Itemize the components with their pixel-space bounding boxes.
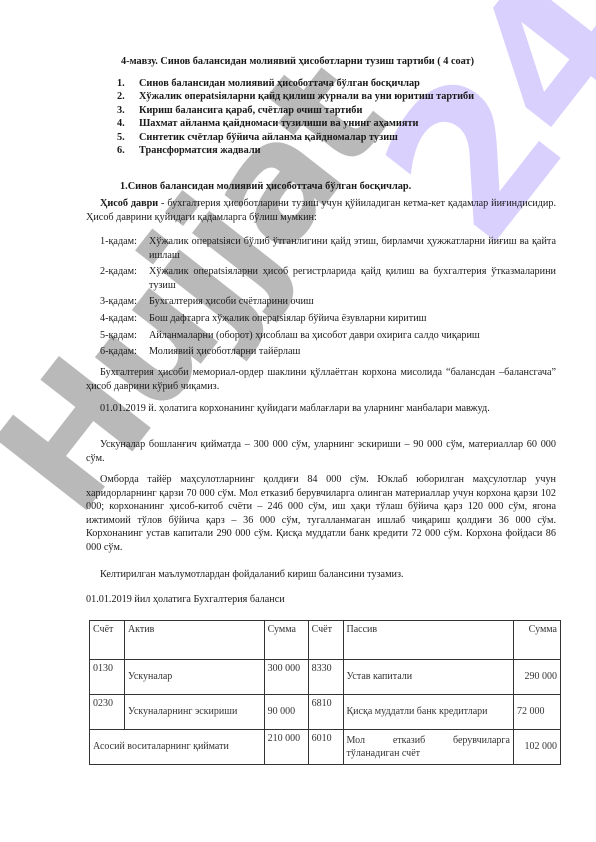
outline-item: 5.Синтетик счётлар бўйича айланма қайдно… [117, 131, 474, 144]
document-page: Hujjat 24 4-мавзу. Синов балансидан моли… [0, 0, 596, 842]
body-paragraph: Келтирилган маълумотлардан фойдаланиб ки… [86, 568, 556, 582]
step-item: 6-қадам:Молиявий ҳисоботларни тайёрлаш [100, 345, 556, 359]
step-item: 4-қадам:Бош дафтарга хўжалик опеpatsiяла… [100, 312, 556, 326]
outline-item: 3.Кириш балансига қараб, счётлар очиш та… [117, 104, 474, 117]
outline-item: 1.Синов балансидан молиявий ҳисоботтача … [117, 77, 474, 90]
term-highlight: Ҳисоб даври [100, 198, 158, 209]
table-header-row: Счёт Актив Сумма Счёт Пассив Сумма [90, 621, 561, 660]
header-amount: Сумма [264, 621, 308, 660]
steps-list: 1-қадам:Хўжалик опеpatsiяси бўлиб ўтганл… [100, 235, 556, 362]
step-item: 1-қадам:Хўжалик опеpatsiяси бўлиб ўтганл… [100, 235, 556, 262]
body-paragraph: Омборда тайёр маҳсулотларнинг қолдиғи 84… [86, 473, 556, 555]
section-heading: 1.Синов балансидан молиявий ҳисоботтача … [120, 181, 411, 192]
body-paragraph: Бухгалтерия ҳисоби мемориал-ордер шаклин… [86, 366, 556, 393]
table-row: 0130 Ускуналар 300 000 8330 Устав капита… [90, 660, 561, 695]
table-row: 0230 Ускуналарнинг эскириши 90 000 6810 … [90, 695, 561, 730]
page-title: 4-мавзу. Синов балансидан молиявий ҳисоб… [121, 56, 474, 67]
header-liabilities: Пассив [343, 621, 513, 660]
outline-item: 4.Шахмат айланма қайдномаси тузилиши ва … [117, 117, 474, 130]
header-amount: Сумма [513, 621, 560, 660]
step-item: 2-қадам:Хўжалик опеpatsiяларни ҳисоб рег… [100, 265, 556, 292]
header-account: Счёт [90, 621, 125, 660]
header-assets: Актив [124, 621, 264, 660]
body-paragraph: Ускуналар бошланғич қийматда – 300 000 с… [86, 438, 556, 465]
intro-paragraph: Ҳисоб даври - бухгалтерия ҳисоботларини … [86, 197, 556, 224]
topic-outline: 1.Синов балансидан молиявий ҳисоботтача … [117, 77, 474, 157]
outline-item: 2.Хўжалик опеpatsiяларни қайд қилиш журн… [117, 90, 474, 103]
outline-item: 6.Трансформатсия жадвали [117, 144, 474, 157]
balance-table: Счёт Актив Сумма Счёт Пассив Сумма 0130 … [89, 620, 561, 765]
header-account: Счёт [308, 621, 343, 660]
step-item: 3-қадам:Бухгалтерия ҳисоби счётларини оч… [100, 295, 556, 309]
body-paragraph: 01.01.2019 й. ҳолатига корхонанинг қуйид… [86, 402, 556, 416]
table-caption: 01.01.2019 йил ҳолатига Бухгалтерия бала… [86, 594, 285, 605]
table-row: Асосий воситаларнинг қиймати 210 000 601… [90, 730, 561, 765]
step-item: 5-қадам:Айланмаларни (оборот) ҳисоблаш в… [100, 329, 556, 343]
